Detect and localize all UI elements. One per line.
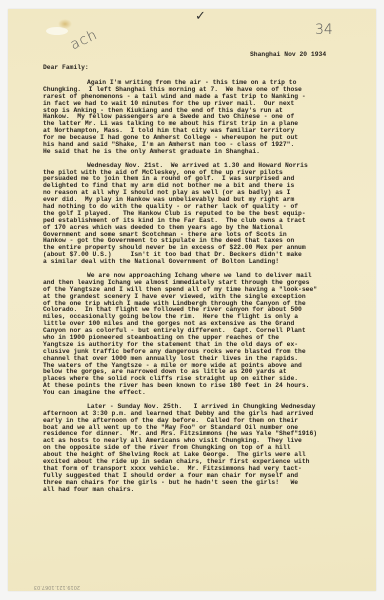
text-line: You can imagine the effect. [43,390,317,397]
handwritten-checkmark: ✓ [195,9,206,24]
paragraph: Again I'm writing from the air - this ti… [43,80,317,156]
paragraph: Later - Sunday Nov. 25th. I arrived in C… [43,404,317,494]
letter-body: Again I'm writing from the air - this ti… [43,80,317,500]
archive-id: 2019.121.1067.03 [34,584,80,590]
dateline: Shanghai Nov 20 1934 [250,52,326,59]
handwritten-page-number: 34 [315,22,333,38]
paragraph: We are now approaching Ichang where we l… [43,273,317,397]
text-line: all had four man chairs. [43,487,317,494]
paper-stain-rust [58,19,72,29]
text-line: a similar deal with the National Governm… [43,259,317,266]
paragraph: Wednesday Nov. 21st. We arrived at 1.30 … [43,163,317,266]
text-line: He said that he is the only Amherst grad… [43,149,317,156]
salutation: Dear Family: [43,65,89,72]
